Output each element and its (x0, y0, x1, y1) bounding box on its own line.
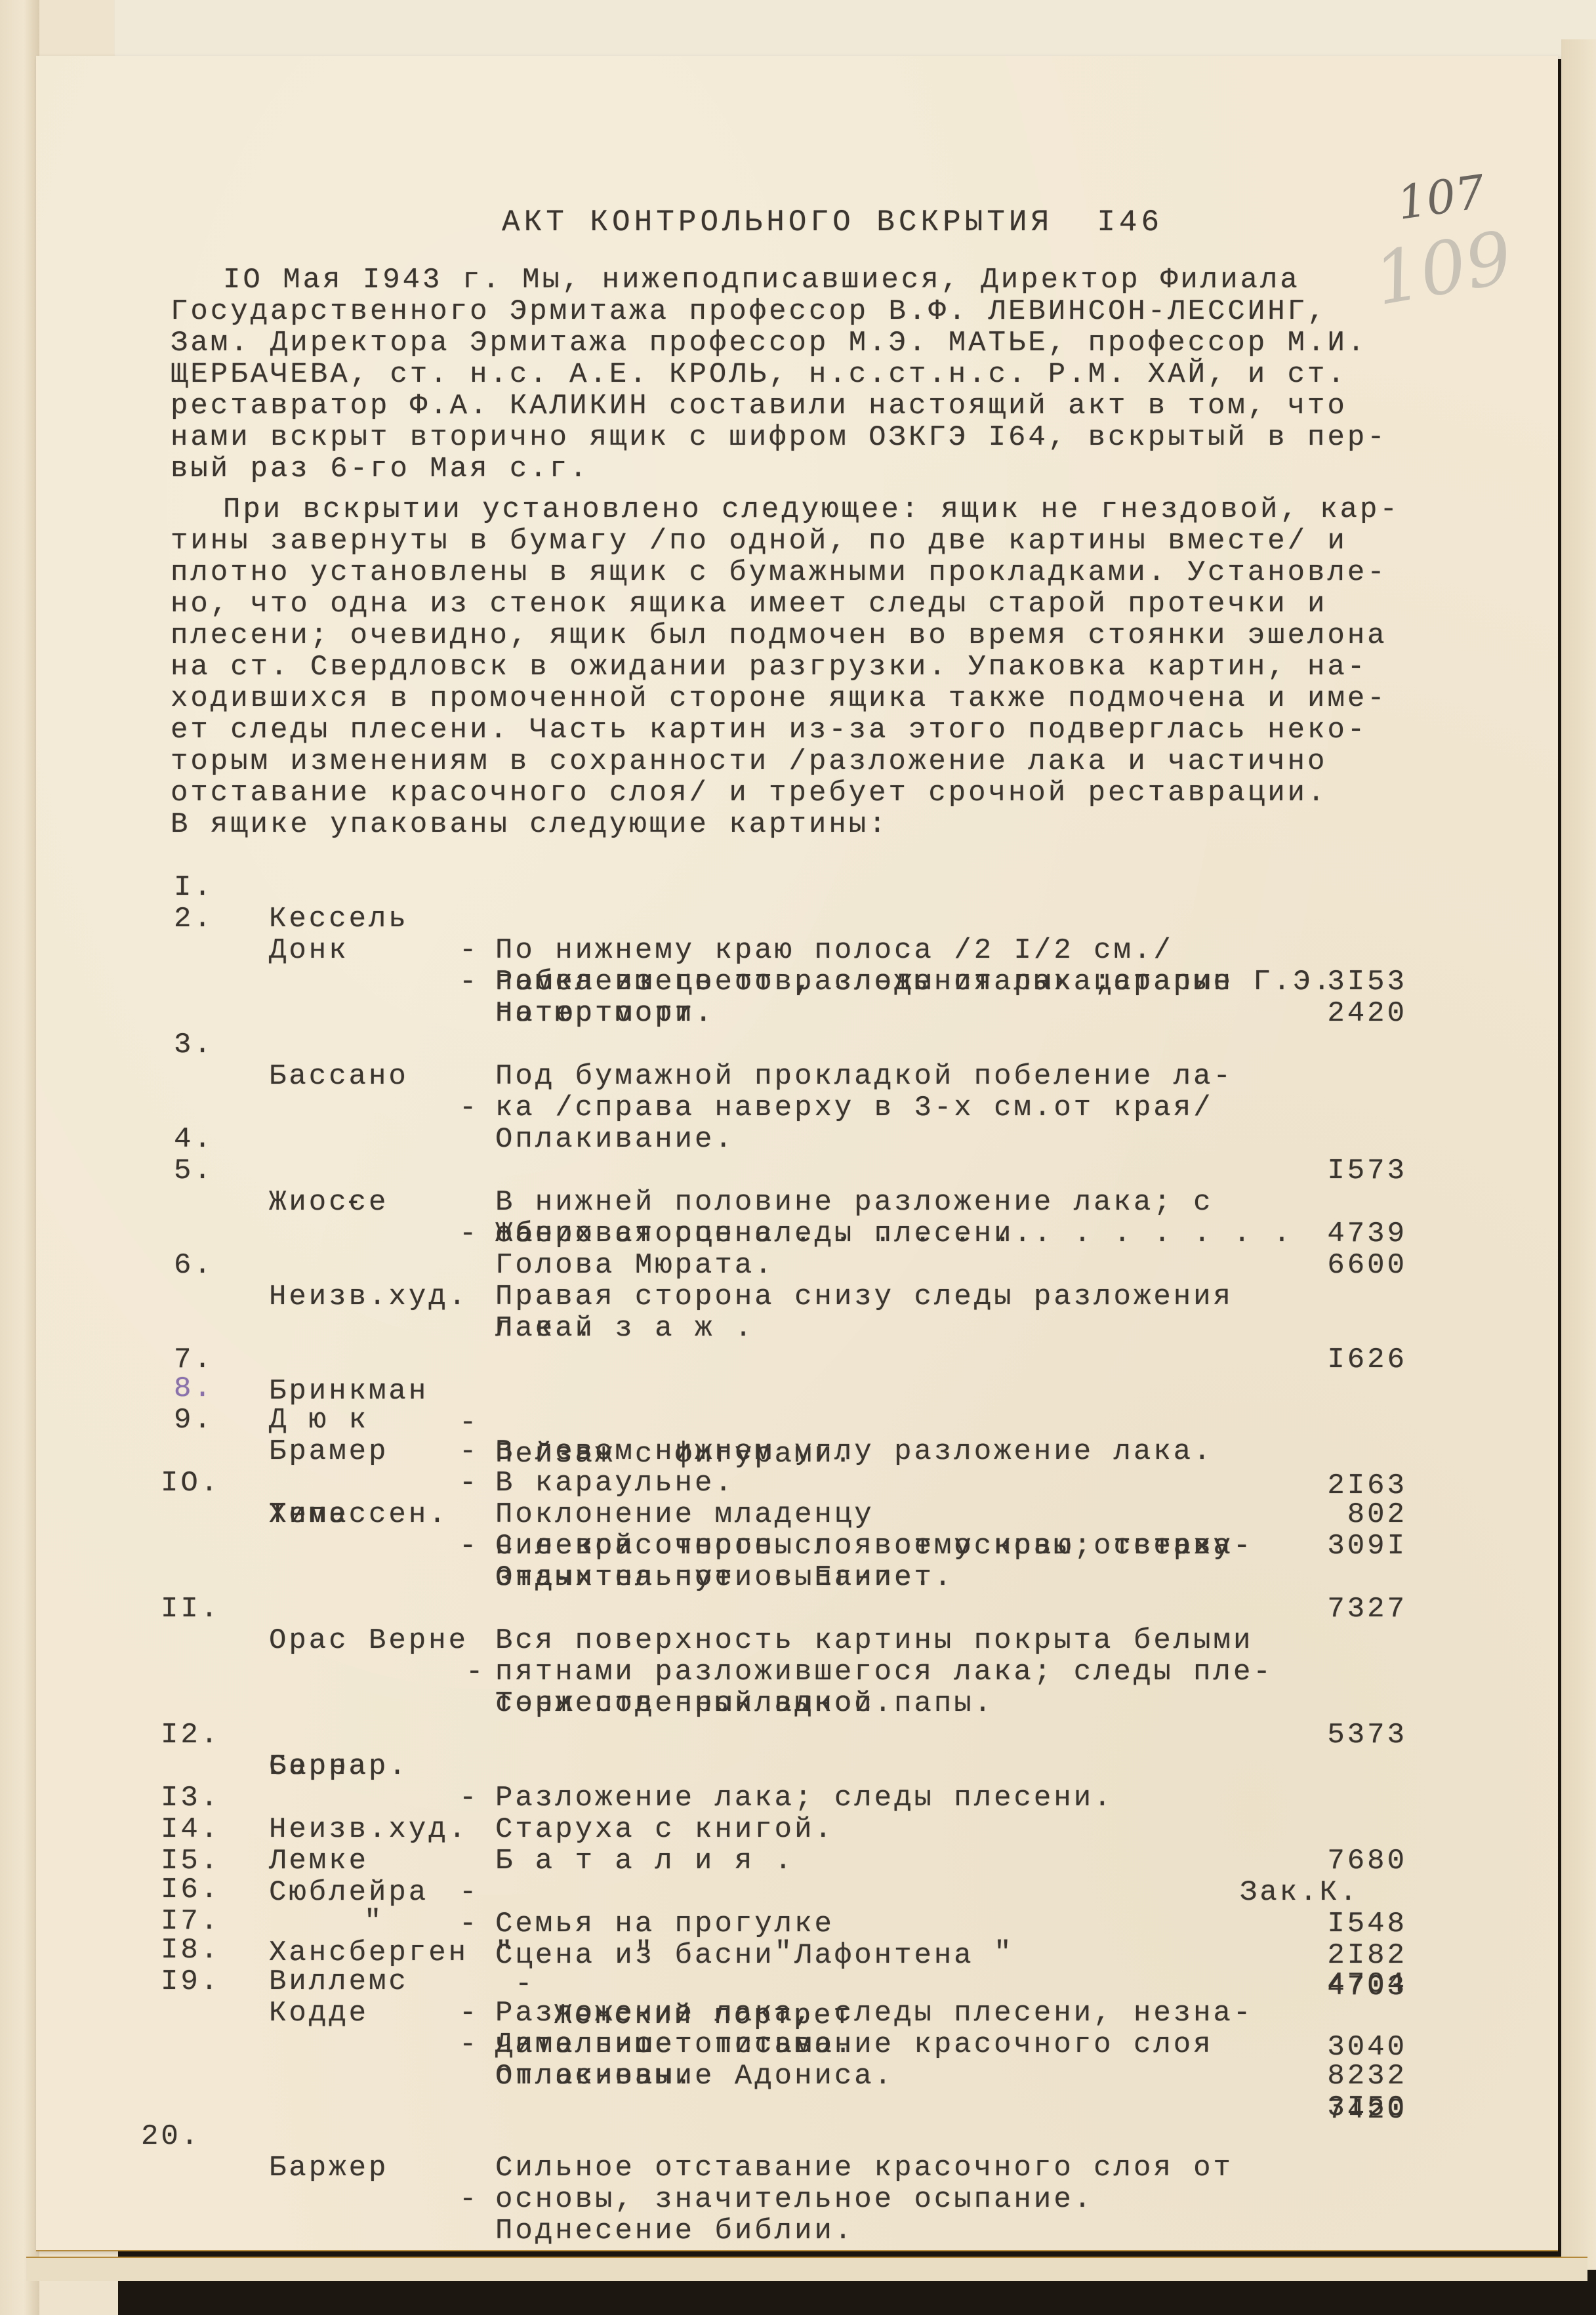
underlying-page-top (115, 0, 1596, 59)
condition-note: потертости. (36, 966, 1558, 999)
painting-row: I2. Сарра - Старуха с книгой. 7680 (36, 1688, 1558, 1721)
separator-dash: - (459, 2184, 479, 2215)
condition-note: пятнами разложившегося лака; следы пле- (36, 1625, 1558, 1658)
condition-note: побелевшего от разложения лака;старые (36, 935, 1558, 968)
intro-line: ЩЕРБАЧЕВА, ст. н.с. А.Е. КРОЛЬ, н.с.ст.н… (171, 359, 1347, 390)
condition-note: Бернар. Разложение лака; следы плесени. (36, 1719, 1558, 1752)
painting-row: 4. - Жанровая сцена . . . . . . . . . . … (36, 1092, 1558, 1125)
intro-line: Государственного Эрмитажа профессор В.Ф.… (171, 296, 1327, 327)
condition-note: обеих сторон следы плесени. (36, 1187, 1558, 1219)
condition-note: Вся поверхность картины покрыта белыми (36, 1593, 1558, 1626)
condition-note: По нижнему краю полоса /2 I/2 см./ 3I53 (36, 903, 1558, 936)
painting-title: Поднесение библии. (495, 2215, 854, 2247)
underlying-page-bottom (26, 2257, 1587, 2281)
underlying-page-right (1561, 39, 1596, 2270)
intro-line: IO Мая I943 г. Мы, нижеподписавшиеся, Ди… (223, 264, 1300, 296)
condition-note: сени под прокладкой. (36, 1656, 1558, 1689)
painting-row: IO. Типа - Отдых на пути в Египет. 7327 (36, 1436, 1558, 1469)
condition-note: ка /справа наверху в 3-х см.от края/ (36, 1061, 1558, 1094)
findings-line: но, что одна из стенок ящика имеет следы… (171, 588, 1327, 620)
painting-row: 7. Бринкман - Пейзаж с фигурами. 2I63 (36, 1313, 1558, 1345)
document-title: АКТ КОНТРОЛЬНОГО ВСКРЫТИЯ I46 (502, 207, 1163, 238)
painting-row: 8. Д ю к - В караульне. 802 (36, 1342, 1558, 1374)
findings-line: отставание красочного слоя/ и требует ср… (171, 777, 1327, 809)
condition-note: Под бумажной прокладкой побеление ла- (36, 1029, 1558, 1062)
painting-row: 5. Жиоссе - Голова Мюрата. (36, 1124, 1558, 1157)
painting-row: 6. Неизв.худ. П е й з а ж . I626 (36, 1218, 1558, 1251)
painting-row: 20. Баржер - Поднесение библии. (36, 2089, 1558, 2122)
painting-row: I6. " " " " " 4704 (36, 1843, 1558, 1875)
condition-note: ние красочного слоя от основы; сверху (36, 1499, 1558, 1532)
painting-row: 3. Бассано - Оплакивание. I573 (36, 998, 1558, 1031)
painting-row: I8. Виллемс - Дама пишет письмо. 8232 (36, 1903, 1558, 1936)
list-intro: В ящике упакованы следующие картины: (171, 809, 889, 840)
condition-note: Разложение лака, следы плесени, незна- (36, 1966, 1558, 1999)
findings-line: ет следы плесени. Часть картин из-за это… (171, 714, 1367, 746)
condition-note: В левом нижнем углу разложение лака. (36, 1404, 1558, 1437)
condition-note: Правая сторона снизу следы разложения (36, 1250, 1558, 1282)
intro-line: реставратор Ф.А. КАЛИКИН составили насто… (171, 390, 1347, 422)
condition-note: основы, значительное осыпание. (36, 2152, 1558, 2185)
intro-line: Зам. Директора Эрмитажа профессор М.Э. М… (171, 327, 1367, 359)
intro-line: вый раз 6-го Мая с.г. (171, 453, 590, 485)
findings-line: При вскрытии установлено следующее: ящик… (223, 494, 1400, 525)
condition-note: Сильное отставание красочного слоя от (36, 2121, 1558, 2154)
condition-note: значительное осыпание. (36, 1530, 1558, 1563)
painting-row: I5. Сюблейра - Сцена из басни Лафонтена … (36, 1814, 1558, 1847)
painting-row: 2. Донк - Натюр морт. (36, 872, 1558, 905)
condition-note: от основы. (36, 2029, 1558, 2062)
document-sheet: 109 107 АКТ КОНТРОЛЬНОГО ВСКРЫТИЯ I46 IO… (36, 56, 1558, 2251)
painting-row: I9. Кодде - Оплакивание Адониса. 3I50 (36, 1935, 1558, 1967)
findings-line: плесени; очевидно, ящик был подмочен во … (171, 620, 1387, 651)
condition-note: В нижней половине разложение лака; с 473… (36, 1155, 1558, 1188)
findings-line: плотно установлены в ящик с бумажными пр… (171, 557, 1387, 588)
painting-row: 9. Брамер - Поклонение младенцу 309I (36, 1373, 1558, 1406)
findings-line: тины завернуты в бумагу /по одной, по дв… (171, 525, 1347, 557)
binding-edge-strip (0, 0, 39, 2315)
painting-row: II. Орас Верне - Торжественный вынос пап… (36, 1562, 1558, 1595)
condition-note: чительное отставание красочного слоя (36, 1997, 1558, 2030)
findings-line: торым изменениям в сохранности /разложен… (171, 746, 1327, 777)
painting-row: I3. Неизв.худ. Б а т а л и я . Зак.К. I5… (36, 1751, 1558, 1784)
intro-line: нами вскрыт вторично ящик с шифром ОЗКГЭ… (171, 422, 1387, 453)
findings-line: на ст. Свердловск в ожидании разгрузки. … (171, 651, 1367, 683)
old-folio-number: 109 (1368, 215, 1518, 322)
condition-note: Хемессен. С левой стороны по всему краю … (36, 1467, 1558, 1500)
painting-row: I4. Лемке - Семья на прогулке 2I82 (36, 1782, 1558, 1815)
findings-line: ходившихся в промоченной стороне ящика т… (171, 683, 1387, 714)
painting-row: I7. Хансберген - Женский портрет 3040 (36, 1874, 1558, 1907)
painting-row: I. Кессель - Рамка из цветов, следы стар… (36, 840, 1558, 873)
condition-note: лака. (36, 1281, 1558, 1314)
condition-note-line: основы, значительное осыпание. (495, 2184, 1094, 2215)
